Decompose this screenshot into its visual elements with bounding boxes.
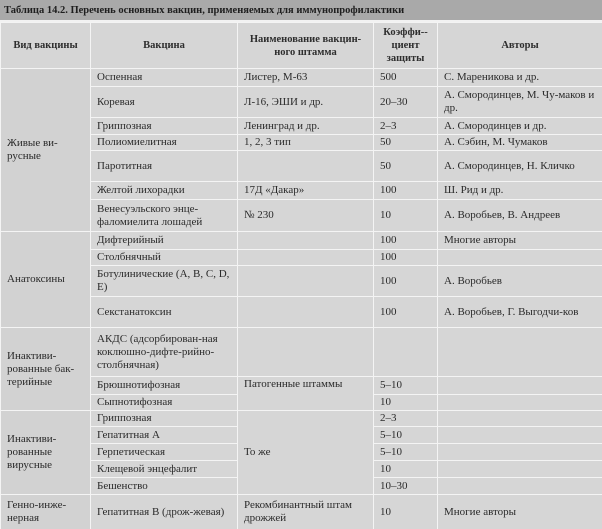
strain-cell: Патогенные штаммы [238,377,374,411]
authors-cell: А. Воробьев [438,266,602,297]
group-genetic: Генно-инже-нерная [1,495,91,529]
authors-cell: А. Смородинцев, Н. Кличко [438,151,602,182]
vaccine-table: Вид вакцины Вакцина Наименование вакцин-… [0,22,602,529]
table-row: Генно-инже-нерная Гепатитная В (дрож-жев… [1,495,602,529]
vaccine-cell: Брюшнотифозная [91,377,238,395]
authors-cell [438,395,602,411]
table-row: Секстанатоксин 100 А. Воробьев, Г. Выгод… [1,297,602,328]
authors-cell: А. Воробьев, Г. Выгодчи-ков [438,297,602,328]
table-row: Паротитная 50 А. Смородинцев, Н. Кличко [1,151,602,182]
vaccine-cell: Клещевой энцефалит [91,461,238,478]
strain-cell: Рекомбинантный штам дрожжей [238,495,374,529]
table-header-row: Вид вакцины Вакцина Наименование вакцин-… [1,23,602,69]
coef-cell: 2–3 [374,411,438,427]
strain-cell: Ленинград и др. [238,118,374,135]
header-vaccine: Вакцина [91,23,238,69]
table-row: Желтой лихорадки 17Д «Дакар» 100 Ш. Рид … [1,182,602,200]
authors-cell [438,478,602,495]
vaccine-cell: Гриппозная [91,411,238,427]
table-row: Инактиви-рованные вирусные Гриппозная То… [1,411,602,427]
vaccine-cell: Столбнячный [91,250,238,266]
strain-cell: № 230 [238,200,374,232]
vaccine-cell: Венесуэльского энце-фаломиелита лошадей [91,200,238,232]
coef-cell: 10–30 [374,478,438,495]
authors-cell: С. Мареникова и др. [438,69,602,87]
group-anatoxins: Анатоксины [1,232,91,328]
coef-cell: 100 [374,182,438,200]
vaccine-cell: Паротитная [91,151,238,182]
coef-cell: 2–3 [374,118,438,135]
authors-cell: Многие авторы [438,495,602,529]
coef-cell: 10 [374,395,438,411]
header-coefficient: Коэффи--циент защиты [374,23,438,69]
table-caption: Таблица 14.2. Перечень основных вакцин, … [0,0,602,22]
vaccine-cell: Гепатитная В (дрож-жевая) [91,495,238,529]
table-row: Коревая Л-16, ЭШИ и др. 20–30 А. Смороди… [1,87,602,118]
vaccine-cell: Желтой лихорадки [91,182,238,200]
strain-cell: Листер, М-63 [238,69,374,87]
authors-cell [438,328,602,377]
authors-cell [438,461,602,478]
authors-cell: Ш. Рид и др. [438,182,602,200]
vaccine-cell: Дифтерийный [91,232,238,250]
strain-cell [238,250,374,266]
strain-cell: 1, 2, 3 тип [238,135,374,151]
group-inactivated-bacterial: Инактиви-рованные бак-терийные [1,328,91,411]
coef-cell: 50 [374,135,438,151]
strain-cell [238,232,374,250]
authors-cell [438,411,602,427]
group-live-viral: Живые ви-русные [1,69,91,232]
authors-cell: Многие авторы [438,232,602,250]
authors-cell: А. Сэбин, М. Чумаков [438,135,602,151]
coef-cell: 50 [374,151,438,182]
table-row: Венесуэльского энце-фаломиелита лошадей … [1,200,602,232]
authors-cell [438,377,602,395]
authors-cell [438,427,602,444]
vaccine-cell: Секстанатоксин [91,297,238,328]
table-row: Инактиви-рованные бак-терийные АКДС (адс… [1,328,602,377]
strain-cell: Л-16, ЭШИ и др. [238,87,374,118]
authors-cell [438,444,602,461]
coef-cell: 100 [374,266,438,297]
strain-cell [238,151,374,182]
coef-cell: 100 [374,232,438,250]
strain-cell [238,328,374,377]
coef-cell: 10 [374,461,438,478]
authors-cell: А. Смородинцев, М. Чу-маков и др. [438,87,602,118]
strain-cell [238,297,374,328]
coef-cell [374,328,438,377]
table-row: Анатоксины Дифтерийный 100 Многие авторы [1,232,602,250]
table-row: Живые ви-русные Оспенная Листер, М-63 50… [1,69,602,87]
vaccine-cell: Бешенство [91,478,238,495]
coef-cell: 20–30 [374,87,438,118]
strain-cell [238,266,374,297]
table-row: Ботулинические (А, В, С, D, Е) 100 А. Во… [1,266,602,297]
header-strain: Наименование вакцин-ного штамма [238,23,374,69]
vaccine-cell: Гриппозная [91,118,238,135]
vaccine-cell: АКДС (адсорбирован-ная коклюшно-дифте-ри… [91,328,238,377]
group-inactivated-viral: Инактиви-рованные вирусные [1,411,91,495]
authors-cell [438,250,602,266]
table-row: Брюшнотифозная Патогенные штаммы 5–10 [1,377,602,395]
coef-cell: 100 [374,297,438,328]
vaccine-cell: Герпетическая [91,444,238,461]
authors-cell: А. Смородинцев и др. [438,118,602,135]
coef-cell: 500 [374,69,438,87]
coef-cell: 5–10 [374,444,438,461]
strain-cell: 17Д «Дакар» [238,182,374,200]
table-row: Гриппозная Ленинград и др. 2–3 А. Смород… [1,118,602,135]
authors-cell: А. Воробьев, В. Андреев [438,200,602,232]
header-vaccine-type: Вид вакцины [1,23,91,69]
coef-cell: 5–10 [374,427,438,444]
table-row: Столбнячный 100 [1,250,602,266]
header-authors: Авторы [438,23,602,69]
coef-cell: 10 [374,495,438,529]
vaccine-cell: Оспенная [91,69,238,87]
table-row: Полиомиелитная 1, 2, 3 тип 50 А. Сэбин, … [1,135,602,151]
vaccine-cell: Полиомиелитная [91,135,238,151]
coef-cell: 100 [374,250,438,266]
coef-cell: 10 [374,200,438,232]
coef-cell: 5–10 [374,377,438,395]
vaccine-cell: Коревая [91,87,238,118]
strain-cell: То же [238,411,374,495]
vaccine-cell: Ботулинические (А, В, С, D, Е) [91,266,238,297]
vaccine-cell: Сыпнотифозная [91,395,238,411]
vaccine-cell: Гепатитная А [91,427,238,444]
